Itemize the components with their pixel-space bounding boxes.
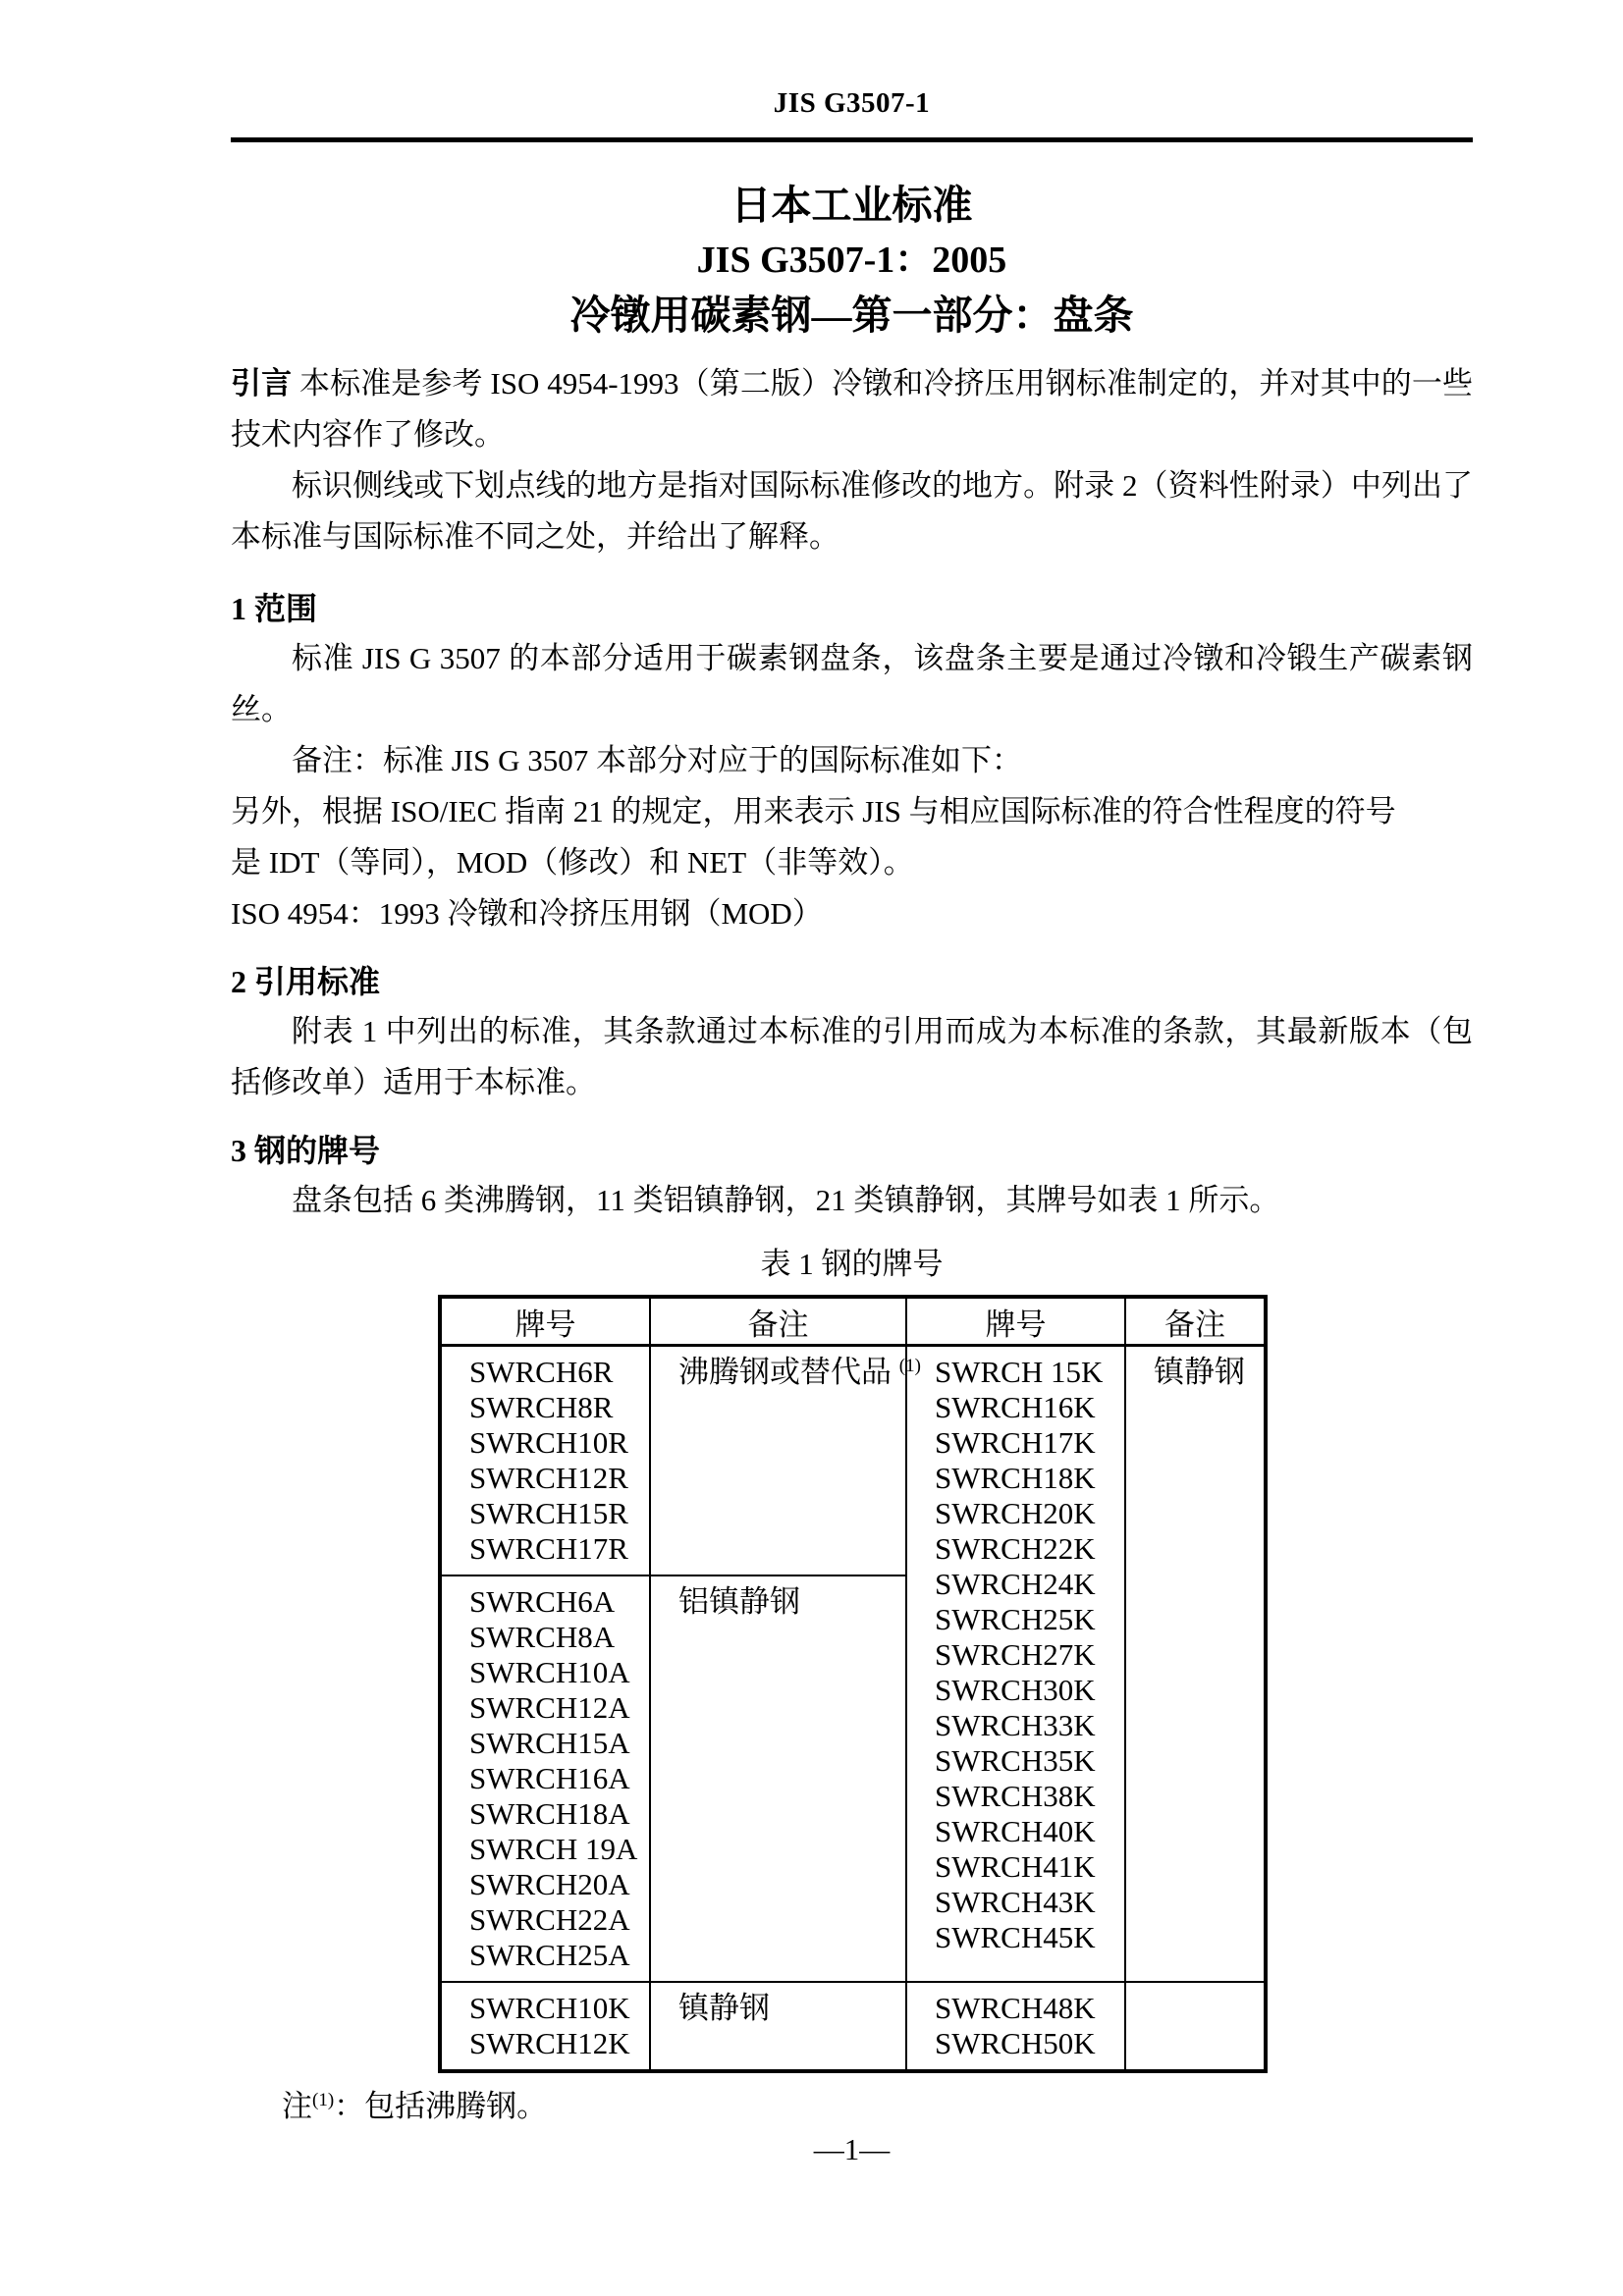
grade-item: SWRCH17R <box>469 1531 643 1567</box>
grade-item: SWRCH 19A <box>469 1832 643 1867</box>
grade-item: SWRCH40K <box>935 1814 1118 1849</box>
section-2-heading: 2 引用标准 <box>231 963 1473 1000</box>
grade-item: SWRCH18K <box>935 1461 1118 1496</box>
title-block: 日本工业标准 JIS G3507-1：2005 冷镦用碳素钢—第一部分：盘条 <box>231 178 1473 343</box>
running-header: JIS G3507-1 <box>231 86 1473 120</box>
grade-item: SWRCH16A <box>469 1761 643 1796</box>
grade-item: SWRCH15R <box>469 1496 643 1531</box>
section-1-subline-3: ISO 4954：1993 冷镦和冷挤压用钢（MOD） <box>231 888 1473 939</box>
grade-item: SWRCH25A <box>469 1938 643 1973</box>
grade-item: SWRCH48K <box>935 1991 1118 2026</box>
title-standard-number: JIS G3507-1：2005 <box>231 233 1473 288</box>
header-rule <box>231 137 1473 142</box>
document-page: JIS G3507-1 日本工业标准 JIS G3507-1：2005 冷镦用碳… <box>0 0 1623 2296</box>
grade-item: SWRCH45K <box>935 1920 1118 1955</box>
section-2-body: 附表 1 中列出的标准，其条款通过本标准的引用而成为本标准的条款，其最新版本（包… <box>231 1006 1473 1108</box>
grade-item: SWRCH12K <box>469 2026 643 2061</box>
section-1-paragraph: 标准 JIS G 3507 的本部分适用于碳素钢盘条，该盘条主要是通过冷镦和冷锻… <box>231 633 1473 735</box>
grade-cell-al-killed: SWRCH6ASWRCH8ASWRCH10ASWRCH12ASWRCH15ASW… <box>440 1575 650 1982</box>
footnote-text: ：包括沸腾钢。 <box>334 2089 547 2123</box>
grade-item: SWRCH22A <box>469 1902 643 1938</box>
table-1-caption: 表 1 钢的牌号 <box>231 1244 1473 1285</box>
grade-item: SWRCH6R <box>469 1355 643 1390</box>
section-1-note-line: 备注：标准 JIS G 3507 本部分对应于的国际标准如下： <box>231 735 1473 786</box>
remark-rimmed-text: 沸腾钢或替代品 (1) <box>678 1355 899 1395</box>
grade-item: SWRCH35K <box>935 1743 1118 1779</box>
intro-lead-label: 引言 <box>231 366 292 400</box>
grade-item: SWRCH15A <box>469 1726 643 1761</box>
grade-item: SWRCH25K <box>935 1602 1118 1637</box>
introduction: 引言 本标准是参考 ISO 4954-1993（第二版）冷镦和冷挤压用钢标准制定… <box>231 358 1473 562</box>
grade-item: SWRCH8R <box>469 1390 643 1425</box>
section-1-heading: 1 范围 <box>231 590 1473 627</box>
grade-item: SWRCH41K <box>935 1849 1118 1885</box>
grade-cell-killed-bottom-left: SWRCH10KSWRCH12K <box>440 1982 650 2071</box>
intro-paragraph-1: 引言 本标准是参考 ISO 4954-1993（第二版）冷镦和冷挤压用钢标准制定… <box>231 358 1473 460</box>
grade-item: SWRCH18A <box>469 1796 643 1832</box>
grade-item: SWRCH12R <box>469 1461 643 1496</box>
remark-cell-killed-right: 镇静钢 <box>1125 1346 1266 1983</box>
column-header-remark-right: 备注 <box>1125 1297 1266 1346</box>
grade-item: SWRCH6A <box>469 1584 643 1620</box>
footnote-superscript: (1) <box>312 2090 334 2110</box>
title-standard-name: 日本工业标准 <box>231 178 1473 233</box>
table-row-killed-bottom-group: SWRCH10KSWRCH12K 镇静钢 SWRCH48KSWRCH50K <box>440 1982 1266 2071</box>
grade-cell-rimmed: SWRCH6RSWRCH8RSWRCH10RSWRCH12RSWRCH15RSW… <box>440 1346 650 1576</box>
grade-item: SWRCH10R <box>469 1425 643 1461</box>
remark-killed-right-text: 镇静钢 <box>1154 1355 1258 1390</box>
grade-item: SWRCH10K <box>469 1991 643 2026</box>
grade-item: SWRCH24K <box>935 1567 1118 1602</box>
grade-item: SWRCH17K <box>935 1425 1118 1461</box>
grade-cell-killed-right: SWRCH 15KSWRCH16KSWRCH17KSWRCH18KSWRCH20… <box>906 1346 1125 1983</box>
grade-item: SWRCH10A <box>469 1655 643 1690</box>
section-1-subline-1: 另外，根据 ISO/IEC 指南 21 的规定，用来表示 JIS 与相应国际标准… <box>231 786 1473 837</box>
column-header-remark-left: 备注 <box>650 1297 906 1346</box>
grade-item: SWRCH20K <box>935 1496 1118 1531</box>
remark-al-killed-text: 铝镇静钢 <box>678 1584 899 1620</box>
grade-item: SWRCH38K <box>935 1779 1118 1814</box>
remark-killed-bottom-text: 镇静钢 <box>678 1991 899 2026</box>
intro-paragraph-2: 标识侧线或下划点线的地方是指对国际标准修改的地方。附录 2（资料性附录）中列出了… <box>231 460 1473 562</box>
remark-cell-al-killed: 铝镇静钢 <box>650 1575 906 1982</box>
section-3-paragraph: 盘条包括 6 类沸腾钢，11 类铝镇静钢，21 类镇静钢，其牌号如表 1 所示。 <box>231 1175 1473 1226</box>
column-header-grade-left: 牌号 <box>440 1297 650 1346</box>
grade-item: SWRCH27K <box>935 1637 1118 1673</box>
steel-grades-table: 牌号 备注 牌号 备注 SWRCH6RSWRCH8RSWRCH10RSWRCH1… <box>438 1295 1268 2073</box>
grade-item: SWRCH43K <box>935 1885 1118 1920</box>
section-3-body: 盘条包括 6 类沸腾钢，11 类铝镇静钢，21 类镇静钢，其牌号如表 1 所示。 <box>231 1175 1473 1226</box>
remark-cell-killed-bottom-left: 镇静钢 <box>650 1982 906 2071</box>
footnote-ref-superscript: (1) <box>899 1356 921 1376</box>
section-1-body: 标准 JIS G 3507 的本部分适用于碳素钢盘条，该盘条主要是通过冷镦和冷锻… <box>231 633 1473 939</box>
section-3-heading: 3 钢的牌号 <box>231 1132 1473 1169</box>
intro-paragraph-1-text: 本标准是参考 ISO 4954-1993（第二版）冷镦和冷挤压用钢标准制定的，并… <box>231 366 1473 452</box>
section-1-subline-2: 是 IDT（等同），MOD（修改）和 NET（非等效）。 <box>231 837 1473 888</box>
remark-cell-rimmed: 沸腾钢或替代品 (1) <box>650 1346 906 1576</box>
page-number: —1— <box>231 2132 1473 2167</box>
table-header-row: 牌号 备注 牌号 备注 <box>440 1297 1266 1346</box>
grade-item: SWRCH50K <box>935 2026 1118 2061</box>
section-2-paragraph: 附表 1 中列出的标准，其条款通过本标准的引用而成为本标准的条款，其最新版本（包… <box>231 1006 1473 1108</box>
grade-item: SWRCH30K <box>935 1673 1118 1708</box>
grade-item: SWRCH20A <box>469 1867 643 1902</box>
footnote-label: 注 <box>282 2089 312 2123</box>
title-standard-subject: 冷镦用碳素钢—第一部分：盘条 <box>231 288 1473 343</box>
grade-item: SWRCH16K <box>935 1390 1118 1425</box>
grade-item: SWRCH 15K <box>935 1355 1118 1390</box>
remark-rimmed-label: 沸腾钢或替代品 <box>678 1355 892 1389</box>
grade-item: SWRCH33K <box>935 1708 1118 1743</box>
column-header-grade-right: 牌号 <box>906 1297 1125 1346</box>
grade-item: SWRCH22K <box>935 1531 1118 1567</box>
grade-cell-killed-bottom-right: SWRCH48KSWRCH50K <box>906 1982 1125 2071</box>
table-footnote: 注(1)：包括沸腾钢。 <box>282 2087 1473 2131</box>
grade-item: SWRCH12A <box>469 1690 643 1726</box>
table-row-rimmed-group: SWRCH6RSWRCH8RSWRCH10RSWRCH12RSWRCH15RSW… <box>440 1346 1266 1576</box>
grade-item: SWRCH8A <box>469 1620 643 1655</box>
remark-cell-killed-bottom-right <box>1125 1982 1266 2071</box>
